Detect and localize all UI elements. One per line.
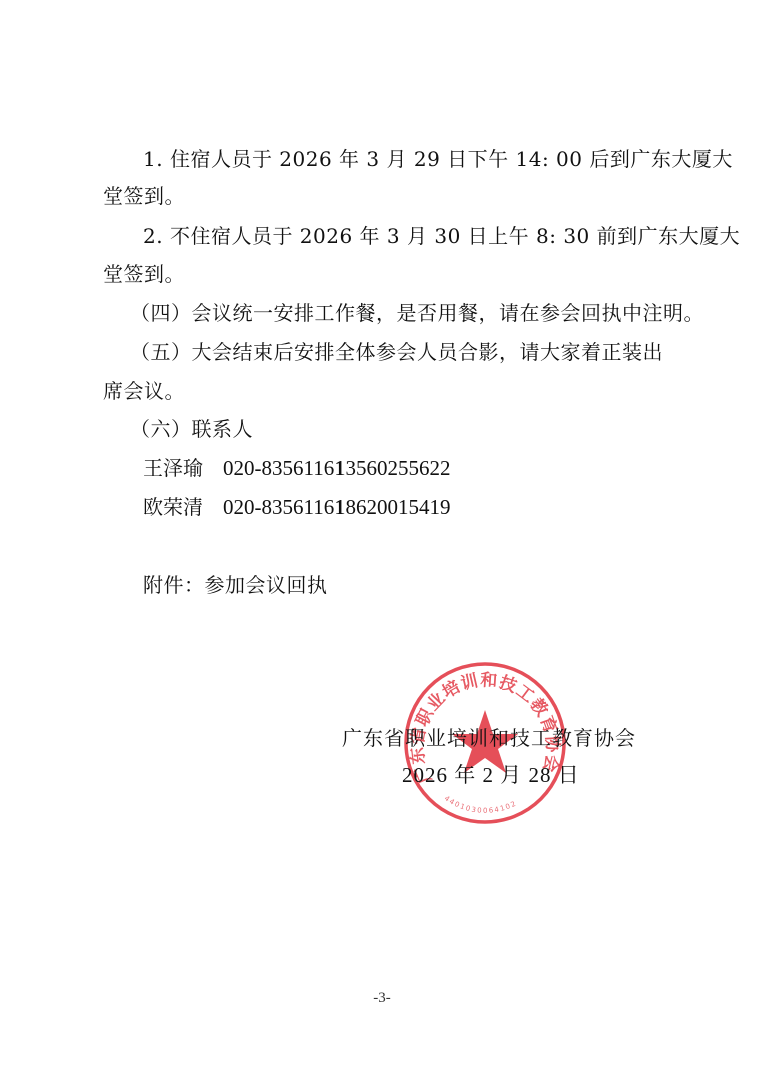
- attachment-note: 附件：参加会议回执: [143, 573, 328, 597]
- contact-mobile: 13560255622: [335, 456, 451, 480]
- paragraph-checkin-lodging-cont: 堂签到。: [103, 184, 185, 208]
- signature-date: 2026 年 2 月 28 日: [402, 763, 580, 787]
- contact-office-phone: 020-83561161: [223, 456, 345, 480]
- paragraph-checkin-nonlodging: 2. 不住宿人员于 2026 年 3 月 30 日上午 8: 30 前到广东大厦…: [143, 224, 740, 248]
- paragraph-checkin-lodging: 1. 住宿人员于 2026 年 3 月 29 日下午 14: 00 后到广东大厦…: [143, 147, 733, 171]
- paragraph-contacts-heading: （六）联系人: [130, 417, 253, 441]
- signature-organization: 广东省职业培训和技工教育协会: [342, 726, 636, 750]
- contact-mobile: 18620015419: [335, 495, 451, 519]
- paragraph-group-photo-cont: 席会议。: [103, 379, 185, 403]
- contact-name: 欧荣清: [143, 495, 203, 519]
- contact-office-phone: 020-83561161: [223, 495, 345, 519]
- contact-row: 王泽瑜 020-83561161 13560255622: [143, 456, 543, 480]
- svg-text:4401030064102: 4401030064102: [443, 794, 519, 815]
- paragraph-checkin-nonlodging-cont: 堂签到。: [103, 262, 185, 286]
- paragraph-meals: （四）会议统一安排工作餐，是否用餐，请在参会回执中注明。: [130, 301, 704, 325]
- contact-row: 欧荣清 020-83561161 18620015419: [143, 495, 543, 519]
- page-number: -3-: [0, 990, 764, 1007]
- contact-name: 王泽瑜: [143, 456, 203, 480]
- paragraph-group-photo: （五）大会结束后安排全体参会人员合影，请大家着正装出: [130, 340, 663, 364]
